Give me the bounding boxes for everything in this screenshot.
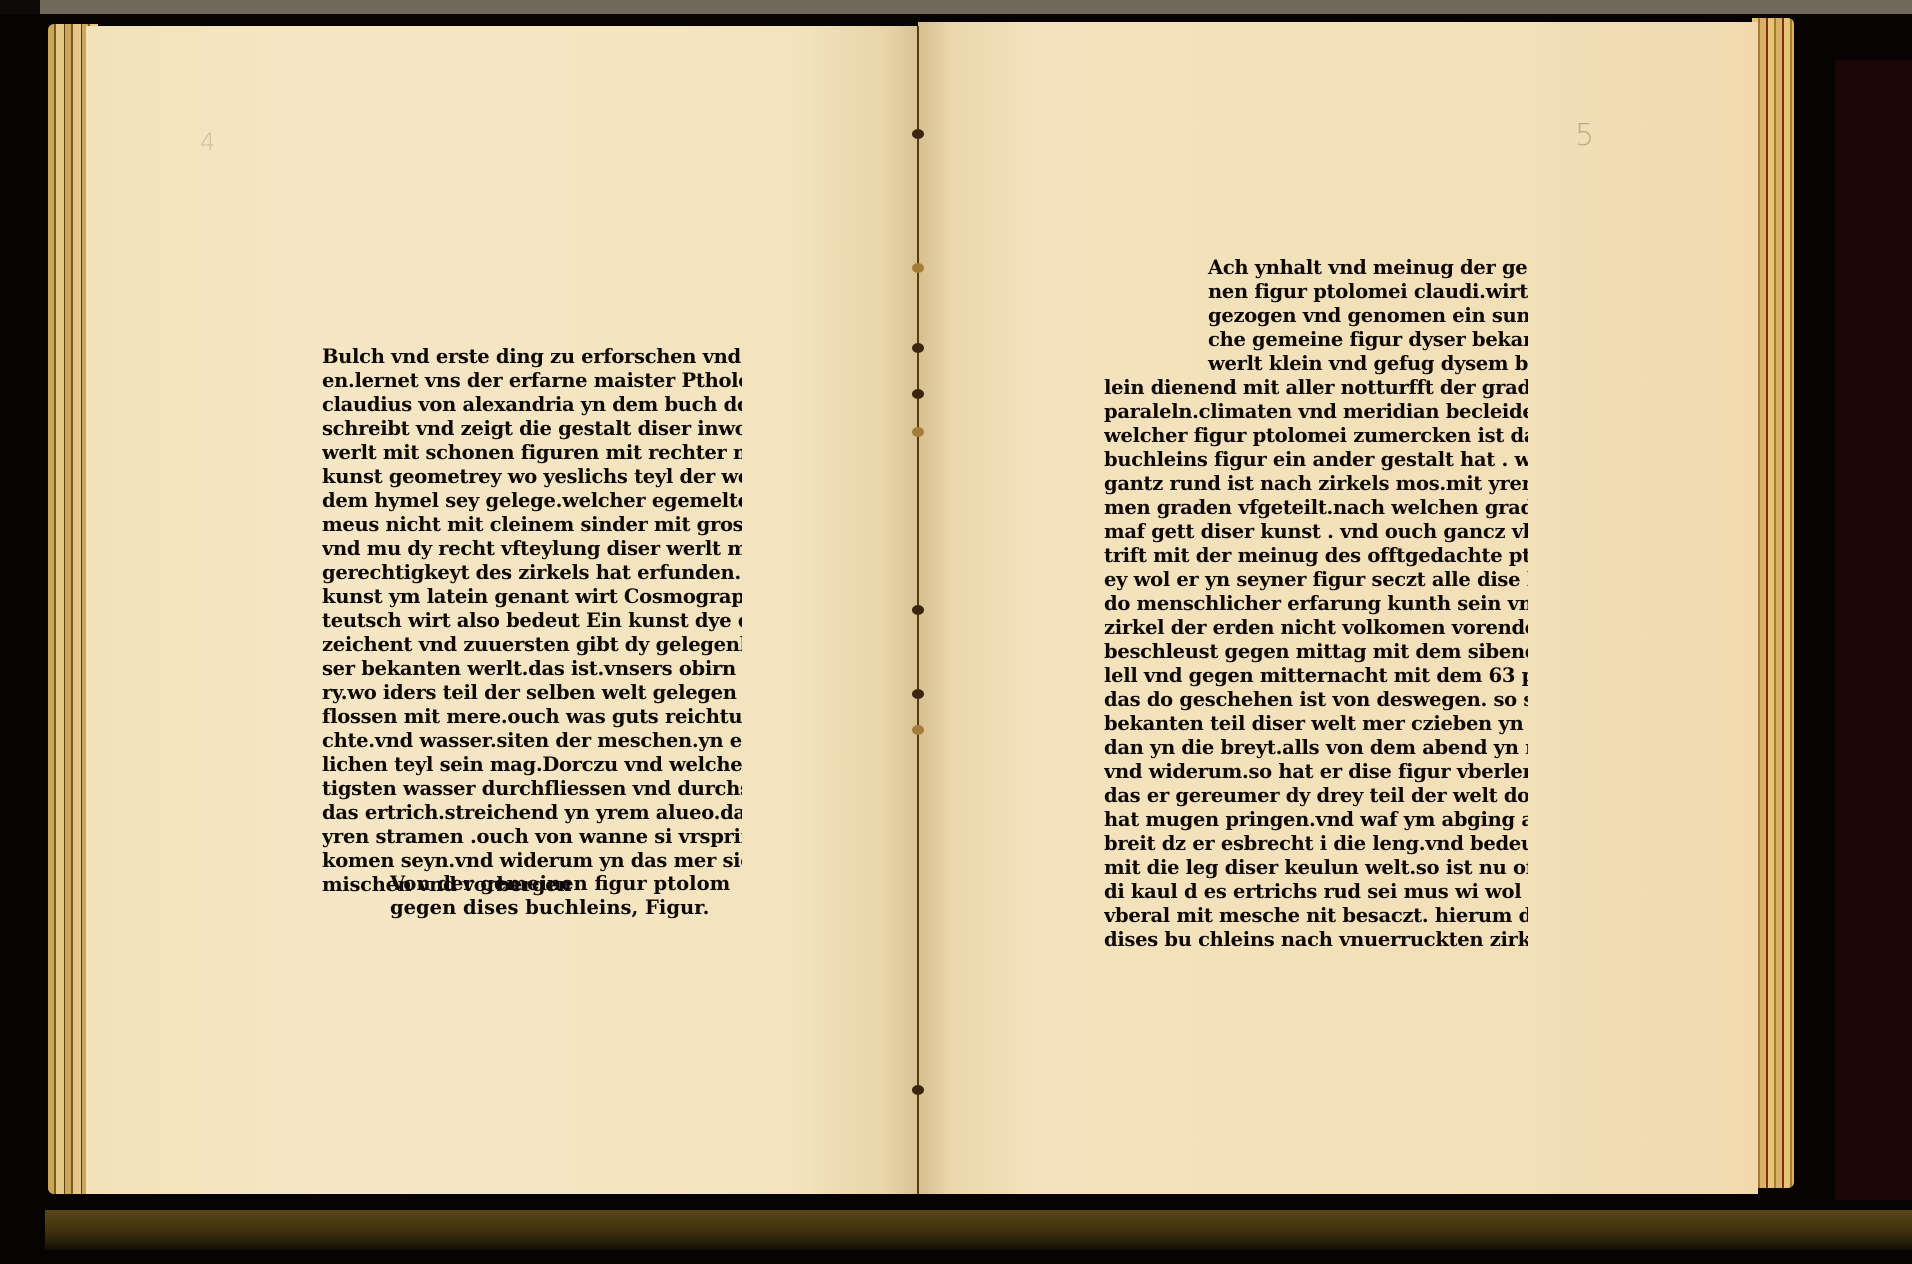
left-page-number: 4 xyxy=(200,128,215,156)
book-cover-bottom xyxy=(45,1210,1912,1250)
text-line: Ach ynhalt vnd meinug der gemei- xyxy=(1104,256,1528,280)
page-edges-right xyxy=(1752,18,1794,1188)
text-line: buchleins figur ein ander gestalt hat . … xyxy=(1104,448,1528,472)
text-line: tigsten wasser durchfliessen vnd durchsc… xyxy=(322,777,742,801)
text-line: das ertrich.streichend yn yrem alueo.das… xyxy=(322,801,742,825)
text-line: vnd mu dy recht vfteylung diser werlt mi… xyxy=(322,537,742,561)
text-line: men graden vfgeteilt.nach welchen graden… xyxy=(1104,496,1528,520)
text-line: dises bu chleins nach vnuerruckten zirke… xyxy=(1104,928,1528,952)
text-line: hat mugen pringen.vnd waf ym abging an d… xyxy=(1104,808,1528,832)
text-line: lichen teyl sein mag.Dorczu vnd welche n… xyxy=(322,753,742,777)
text-line: paraleln.climaten vnd meridian becleidet… xyxy=(1104,400,1528,424)
text-line: en.lernet vns der erfarne maister Ptholo… xyxy=(322,369,742,393)
text-line: vnd widerum.so hat er dise figur vberlen… xyxy=(1104,760,1528,784)
text-line: werlt mit schonen figuren mit rechter mo… xyxy=(322,441,742,465)
right-page-body-text: Ach ynhalt vnd meinug der gemei- nen fig… xyxy=(1104,256,1528,952)
text-line: kunst geometrey wo yeslichs teyl der wer… xyxy=(322,465,742,489)
binding-stitch-knot xyxy=(912,129,924,139)
text-line: gantz rund ist nach zirkels mos.mit yren… xyxy=(1104,472,1528,496)
text-line: gerechtigkeyt des zirkels hat erfunden. … xyxy=(322,561,742,585)
binding-stitch-knot xyxy=(912,343,924,353)
book-cover-right xyxy=(1835,60,1912,1200)
text-line: chte.vnd wasser.siten der meschen.yn ein… xyxy=(322,729,742,753)
text-line: werlt klein vnd gefug dysem buch- xyxy=(1104,352,1528,376)
text-line: yren stramen .ouch von wanne si vrspring… xyxy=(322,825,742,849)
text-line: ser bekanten werlt.das ist.vnsers obirn … xyxy=(322,657,742,681)
text-line: vberal mit mesche nit besaczt. hierum di… xyxy=(1104,904,1528,928)
text-line: breit dz er esbrecht i die leng.vnd bede… xyxy=(1104,832,1528,856)
text-line: das er gereumer dy drey teil der welt do… xyxy=(1104,784,1528,808)
text-line: gezogen vnd genomen ein sunderli- xyxy=(1104,304,1528,328)
scanner-background-dark xyxy=(0,0,40,14)
text-line: trift mit der meinug des offtgedachte pt… xyxy=(1104,544,1528,568)
text-line: meus nicht mit cleinem sinder mit grosse… xyxy=(322,513,742,537)
text-line: kunst ym latein genant wirt Cosmographia… xyxy=(322,585,742,609)
right-page-number: 5 xyxy=(1575,118,1594,153)
heading-line: Von der gemeinen figur ptolomei xyxy=(390,872,730,896)
heading-line: gegen dises buchleins, Figur. xyxy=(390,896,730,920)
text-line: di kaul d es ertrichs rud sei mus wi wol… xyxy=(1104,880,1528,904)
text-line: claudius von alexandria yn dem buch do e… xyxy=(322,393,742,417)
binding-stitch-knot xyxy=(912,605,924,615)
text-line: ry.wo iders teil der selben welt gelegen… xyxy=(322,681,742,705)
binding-stitch-knot xyxy=(912,389,924,399)
text-line: teutsch wirt also bedeut Ein kunst dye d… xyxy=(322,609,742,633)
text-line: lell vnd gegen mitternacht mit dem 63 pa… xyxy=(1104,664,1528,688)
text-line: zeichent vnd zuuersten gibt dy gelegenhe… xyxy=(322,633,742,657)
left-page-section-heading: Von der gemeinen figur ptolomei gegen di… xyxy=(390,872,730,920)
text-line: zirkel der erden nicht volkomen vorendet… xyxy=(1104,616,1528,640)
binding-stitch-knot xyxy=(912,263,924,273)
text-line: das do geschehen ist von deswegen. so si… xyxy=(1104,688,1528,712)
text-line: lein dienend mit aller notturfft der gra… xyxy=(1104,376,1528,400)
text-line: welcher figur ptolomei zumercken ist das… xyxy=(1104,424,1528,448)
left-page-body-text: Bulch vnd erste ding zu erforschen vnd b… xyxy=(322,345,742,897)
text-line: schreibt vnd zeigt die gestalt diser inw… xyxy=(322,417,742,441)
text-line: komen seyn.vnd widerum yn das mer sich v… xyxy=(322,849,742,873)
text-line: dan yn die breyt.alls von dem abend yn m… xyxy=(1104,736,1528,760)
text-line: dem hymel sey gelege.welcher egemelter p… xyxy=(322,489,742,513)
scanner-background-strip xyxy=(40,0,1912,14)
binding-stitch-knot xyxy=(912,689,924,699)
text-line: mit die leg diser keulun welt.so ist nu … xyxy=(1104,856,1528,880)
text-line: bekanten teil diser welt mer czieben yn … xyxy=(1104,712,1528,736)
binding-stitch-knot xyxy=(912,1085,924,1095)
binding-stitch-knot xyxy=(912,725,924,735)
text-line: flossen mit mere.ouch was guts reichtume… xyxy=(322,705,742,729)
text-line: Bulch vnd erste ding zu erforschen vnd b… xyxy=(322,345,742,369)
text-line: nen figur ptolomei claudi.wirt auf- xyxy=(1104,280,1528,304)
text-line: beschleust gegen mittag mit dem sibenden… xyxy=(1104,640,1528,664)
text-line: do menschlicher erfarung kunth sein vnnd… xyxy=(1104,592,1528,616)
binding-stitch-knot xyxy=(912,427,924,437)
text-line: che gemeine figur dyser bekantenn xyxy=(1104,328,1528,352)
text-line: maf gett diser kunst . vnd ouch gancz vb… xyxy=(1104,520,1528,544)
text-line: ey wol er yn seyner figur seczt alle dis… xyxy=(1104,568,1528,592)
